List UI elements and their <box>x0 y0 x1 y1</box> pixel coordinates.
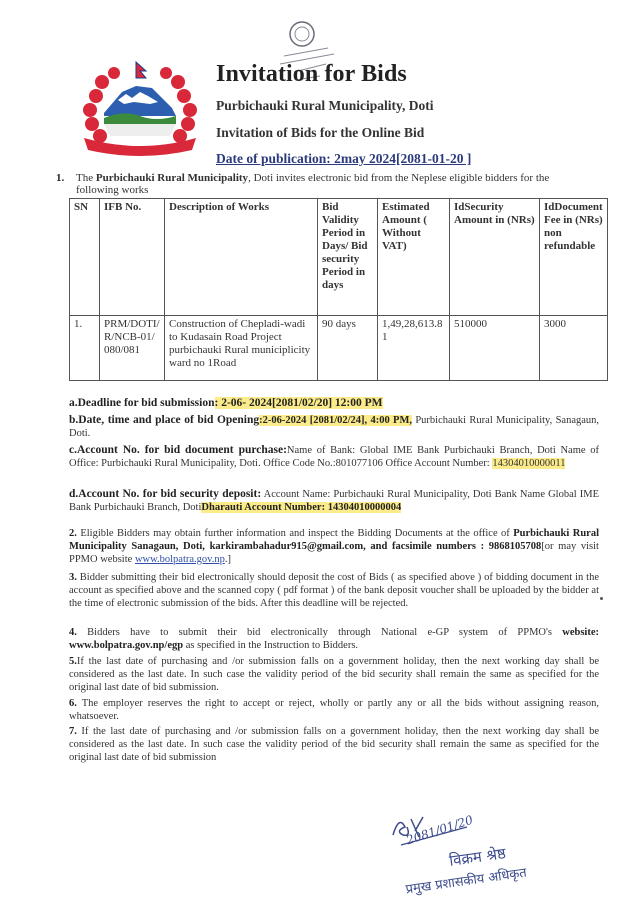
header-description: Description of Works <box>165 199 318 316</box>
clause-6: 6. The employer reserves the right to ac… <box>69 697 599 723</box>
cell-description: Construction of Chepladi-wadi to Kudasai… <box>165 316 318 381</box>
document-subtitle: Invitation of Bids for the Online Bid <box>216 125 424 141</box>
bid-opening-info: b.Date, time and place of bid Opening:2-… <box>69 414 599 440</box>
bid-submission-deadline: a.Deadline for bid submission: 2-06- 202… <box>69 397 599 410</box>
clause-5: 5.If the last date of purchasing and /or… <box>69 655 599 694</box>
security-deposit-account: d.Account No. for bid security deposit: … <box>69 488 599 514</box>
cell-security-amount: 510000 <box>450 316 540 381</box>
cell-estimated-amount: 1,49,28,613.81 <box>378 316 450 381</box>
intro-paragraph: The Purbichauki Rural Municipality, Doti… <box>76 172 576 196</box>
cell-sn: 1. <box>70 316 100 381</box>
document-purchase-account: c.Account No. for bid document purchase:… <box>69 444 599 470</box>
clause-2: 2. Eligible Bidders may obtain further i… <box>69 527 599 566</box>
publication-date: Date of publication: 2may 2024[2081-01-2… <box>216 151 471 167</box>
cell-ifb-no: PRM/DOTI/R/NCB-01/080/081 <box>100 316 165 381</box>
works-table: SN IFB No. Description of Works Bid Vali… <box>69 198 608 381</box>
header-estimated-amount: Estimated Amount ( Without VAT) <box>378 199 450 316</box>
table-header-row: SN IFB No. Description of Works Bid Vali… <box>70 199 608 316</box>
cell-bid-validity: 90 days <box>318 316 378 381</box>
clause-7: 7. If the last date of purchasing and /o… <box>69 725 599 764</box>
table-row: 1. PRM/DOTI/R/NCB-01/080/081 Constructio… <box>70 316 608 381</box>
header-ifb-no: IFB No. <box>100 199 165 316</box>
header-security-amount: IdSecurity Amount in (NRs) <box>450 199 540 316</box>
bolpatra-link[interactable]: www.bolpatra.gov.np <box>135 554 225 565</box>
clause-4: 4. Bidders have to submit their bid elec… <box>69 626 599 652</box>
clause-3: 3. Bidder submitting their bid electroni… <box>69 571 599 610</box>
scan-speck <box>600 597 603 600</box>
cell-document-fee: 3000 <box>540 316 608 381</box>
organization-name: Purbichauki Rural Municipality, Doti <box>216 98 434 114</box>
header-document-fee: IdDocument Fee in (NRs) non refundable <box>540 199 608 316</box>
header-sn: SN <box>70 199 100 316</box>
document-title: Invitation for Bids <box>216 61 407 88</box>
nepal-emblem-logo <box>74 58 206 156</box>
section-number: 1. <box>56 172 64 184</box>
signature-block: 2081/01/20 विक्रम श्रेष्ठ प्रमुख प्रशासक… <box>385 805 565 905</box>
header-bid-validity: Bid Validity Period in Days/ Bid securit… <box>318 199 378 316</box>
